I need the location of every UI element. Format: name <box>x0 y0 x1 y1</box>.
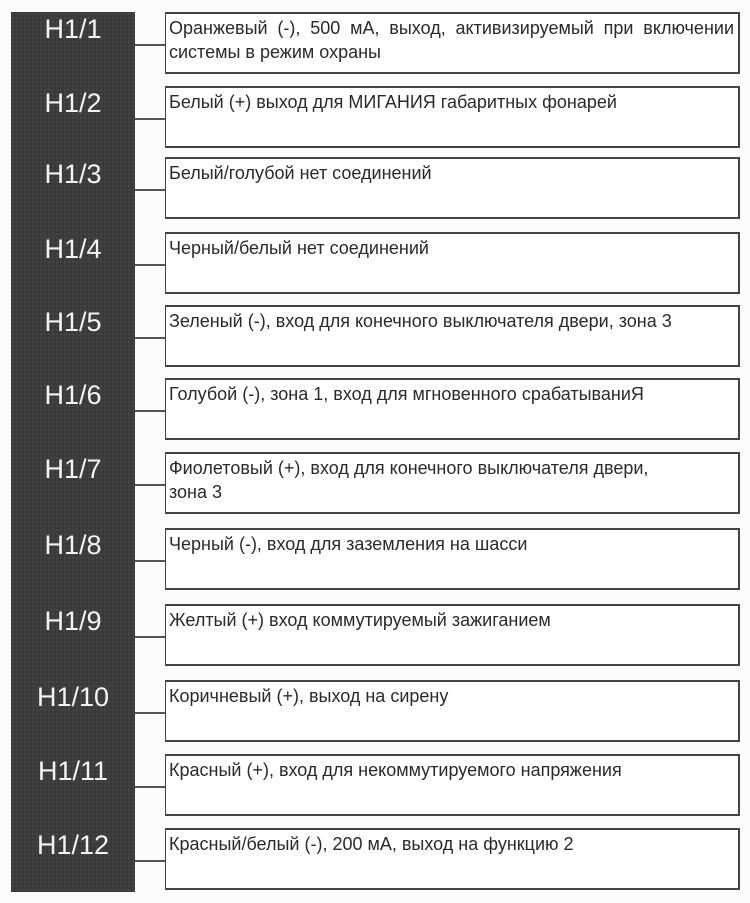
pin-row: H1/10 Коричневый (+), выход на сирену <box>0 680 750 742</box>
pin-description-box: Коричневый (+), выход на сирену <box>165 680 740 742</box>
pin-label: H1/10 <box>11 682 135 713</box>
connector-line <box>135 636 165 638</box>
connector-line <box>135 118 165 120</box>
pin-description-box: Красный/белый (-), 200 мА, выход на функ… <box>165 828 740 890</box>
connector-line <box>135 44 165 46</box>
pin-label: H1/2 <box>11 88 135 119</box>
pin-description: Оранжевый (-), 500 мА, выход, активизиру… <box>169 16 734 64</box>
pin-row: H1/4 Черный/белый нет соединений <box>0 232 750 294</box>
pin-row: H1/1 Оранжевый (-), 500 мА, выход, актив… <box>0 12 750 74</box>
pin-label: H1/5 <box>11 307 135 338</box>
pin-description: Голубой (-), зона 1, вход для мгновенног… <box>169 382 734 406</box>
connector-line <box>135 189 165 191</box>
pin-description: Фиолетовый (+), вход для конечного выклю… <box>169 456 678 504</box>
pin-description-box: Оранжевый (-), 500 мА, выход, активизиру… <box>165 12 740 74</box>
pin-description: Зеленый (-), вход для конечного выключат… <box>169 309 734 333</box>
pin-label: H1/11 <box>11 756 135 787</box>
pin-description-box: Белый (+) выход для МИГАНИЯ габаритных ф… <box>165 86 740 148</box>
pin-label: H1/12 <box>11 830 135 861</box>
pin-description-box: Желтый (+) вход коммутируемый зажиганием <box>165 604 740 666</box>
pin-description: Красный (+), вход для некоммутируемого н… <box>169 758 734 782</box>
pin-label: H1/9 <box>11 606 135 637</box>
pin-label: H1/4 <box>11 234 135 265</box>
pin-row: H1/12 Красный/белый (-), 200 мА, выход н… <box>0 828 750 890</box>
connector-line <box>135 410 165 412</box>
pin-description: Черный/белый нет соединений <box>169 236 734 260</box>
connector-line <box>135 264 165 266</box>
pin-description-box: Зеленый (-), вход для конечного выключат… <box>165 305 740 367</box>
connector-line <box>135 560 165 562</box>
pin-label: H1/8 <box>11 530 135 561</box>
connector-line <box>135 337 165 339</box>
pin-description: Коричневый (+), выход на сирену <box>169 684 734 708</box>
pin-row: H1/3 Белый/голубой нет соединений <box>0 157 750 219</box>
pin-description-box: Красный (+), вход для некоммутируемого н… <box>165 754 740 816</box>
pin-description: Белый (+) выход для МИГАНИЯ габаритных ф… <box>169 90 734 114</box>
connector-line <box>135 860 165 862</box>
pin-row: H1/9 Желтый (+) вход коммутируемый зажиг… <box>0 604 750 666</box>
pin-label: H1/6 <box>11 380 135 411</box>
pin-description-box: Белый/голубой нет соединений <box>165 157 740 219</box>
pin-label: H1/7 <box>11 454 135 485</box>
pin-row: H1/7 Фиолетовый (+), вход для конечного … <box>0 452 750 514</box>
pin-description: Красный/белый (-), 200 мА, выход на функ… <box>169 832 734 856</box>
pin-label: H1/1 <box>11 14 135 45</box>
pin-description-box: Черный (-), вход для заземления на шасси <box>165 528 740 590</box>
pin-description-box: Черный/белый нет соединений <box>165 232 740 294</box>
pin-description-box: Фиолетовый (+), вход для конечного выклю… <box>165 452 740 514</box>
pin-row: H1/11 Красный (+), вход для некоммутируе… <box>0 754 750 816</box>
pin-row: H1/5 Зеленый (-), вход для конечного вык… <box>0 305 750 367</box>
pin-row: H1/8 Черный (-), вход для заземления на … <box>0 528 750 590</box>
pin-description-box: Голубой (-), зона 1, вход для мгновенног… <box>165 378 740 440</box>
pin-description: Желтый (+) вход коммутируемый зажиганием <box>169 608 734 632</box>
pin-description: Черный (-), вход для заземления на шасси <box>169 532 734 556</box>
connector-line <box>135 484 165 486</box>
pin-row: H1/2 Белый (+) выход для МИГАНИЯ габарит… <box>0 86 750 148</box>
pin-label: H1/3 <box>11 159 135 190</box>
pin-description: Белый/голубой нет соединений <box>169 161 734 185</box>
pin-row: H1/6 Голубой (-), зона 1, вход для мгнов… <box>0 378 750 440</box>
connector-line <box>135 712 165 714</box>
connector-line <box>135 786 165 788</box>
